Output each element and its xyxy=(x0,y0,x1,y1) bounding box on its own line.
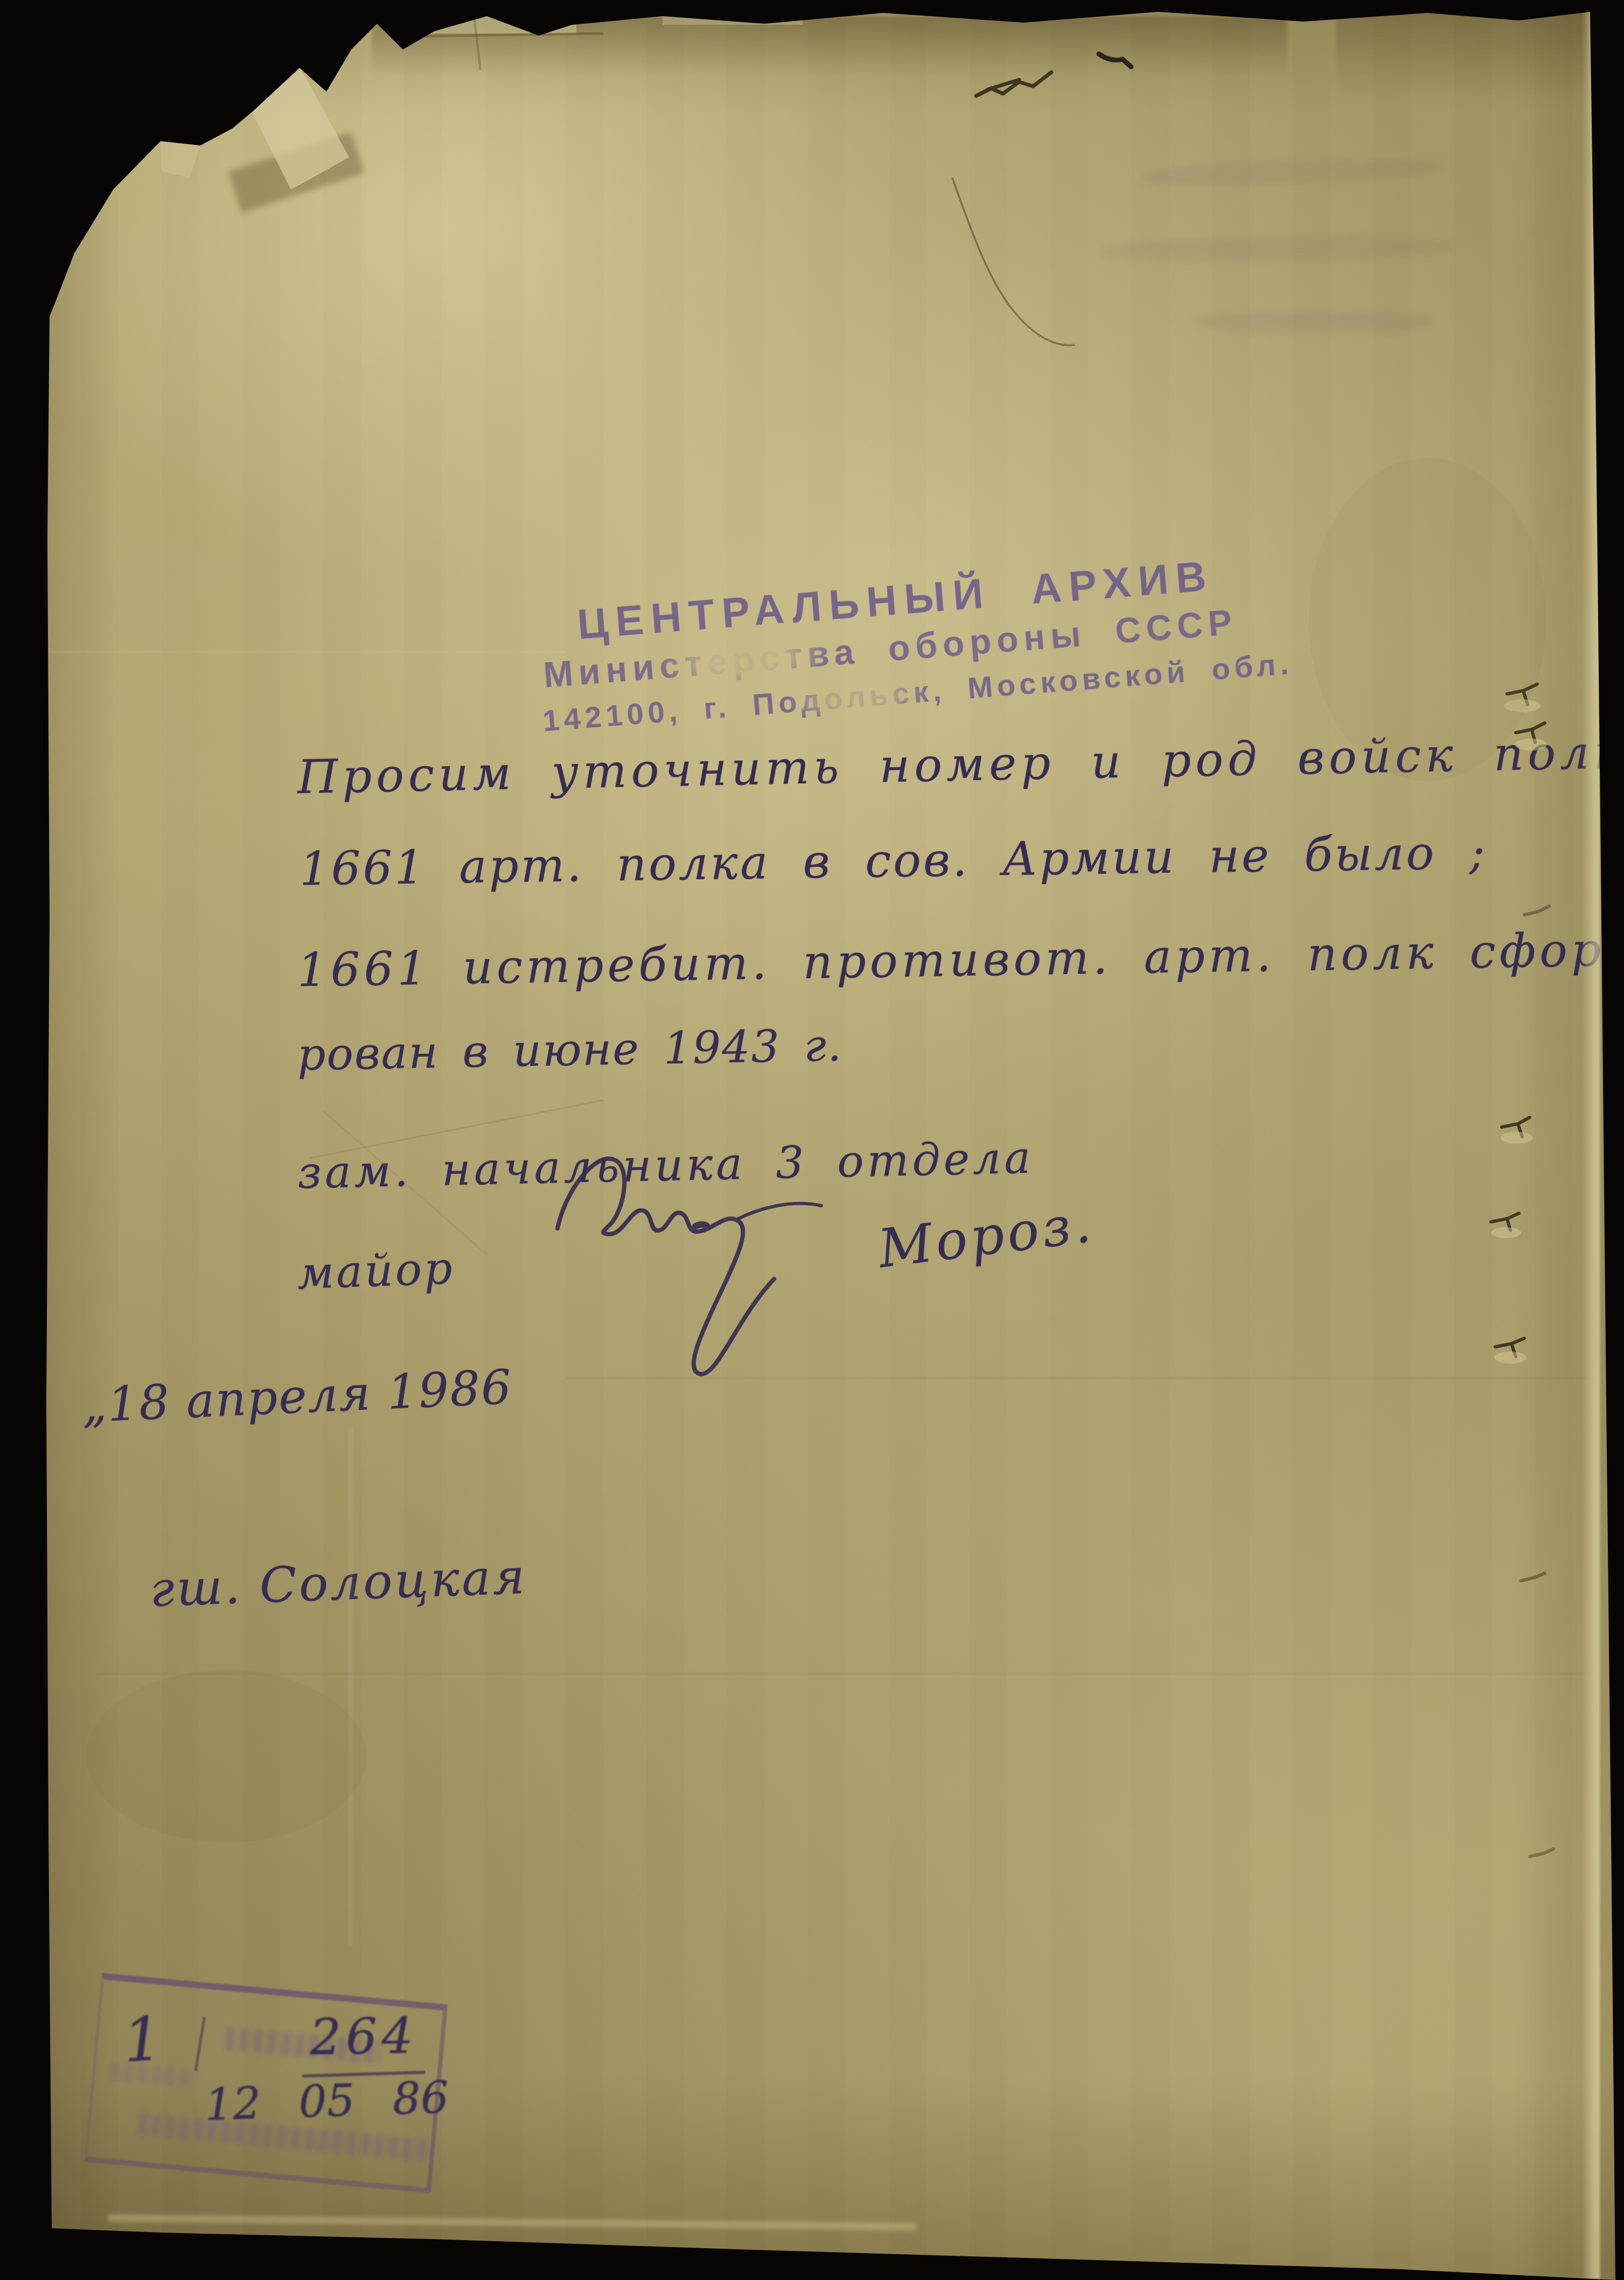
right-edge-highlight xyxy=(1581,0,1600,2280)
paper-sheet: ЦЕНТРАЛЬНЫЙ АРХИВ Министерства обороны С… xyxy=(0,0,1624,2280)
document-scan: ЦЕНТРАЛЬНЫЙ АРХИВ Министерства обороны С… xyxy=(0,0,1624,2280)
grain-overlay xyxy=(0,0,1624,2280)
